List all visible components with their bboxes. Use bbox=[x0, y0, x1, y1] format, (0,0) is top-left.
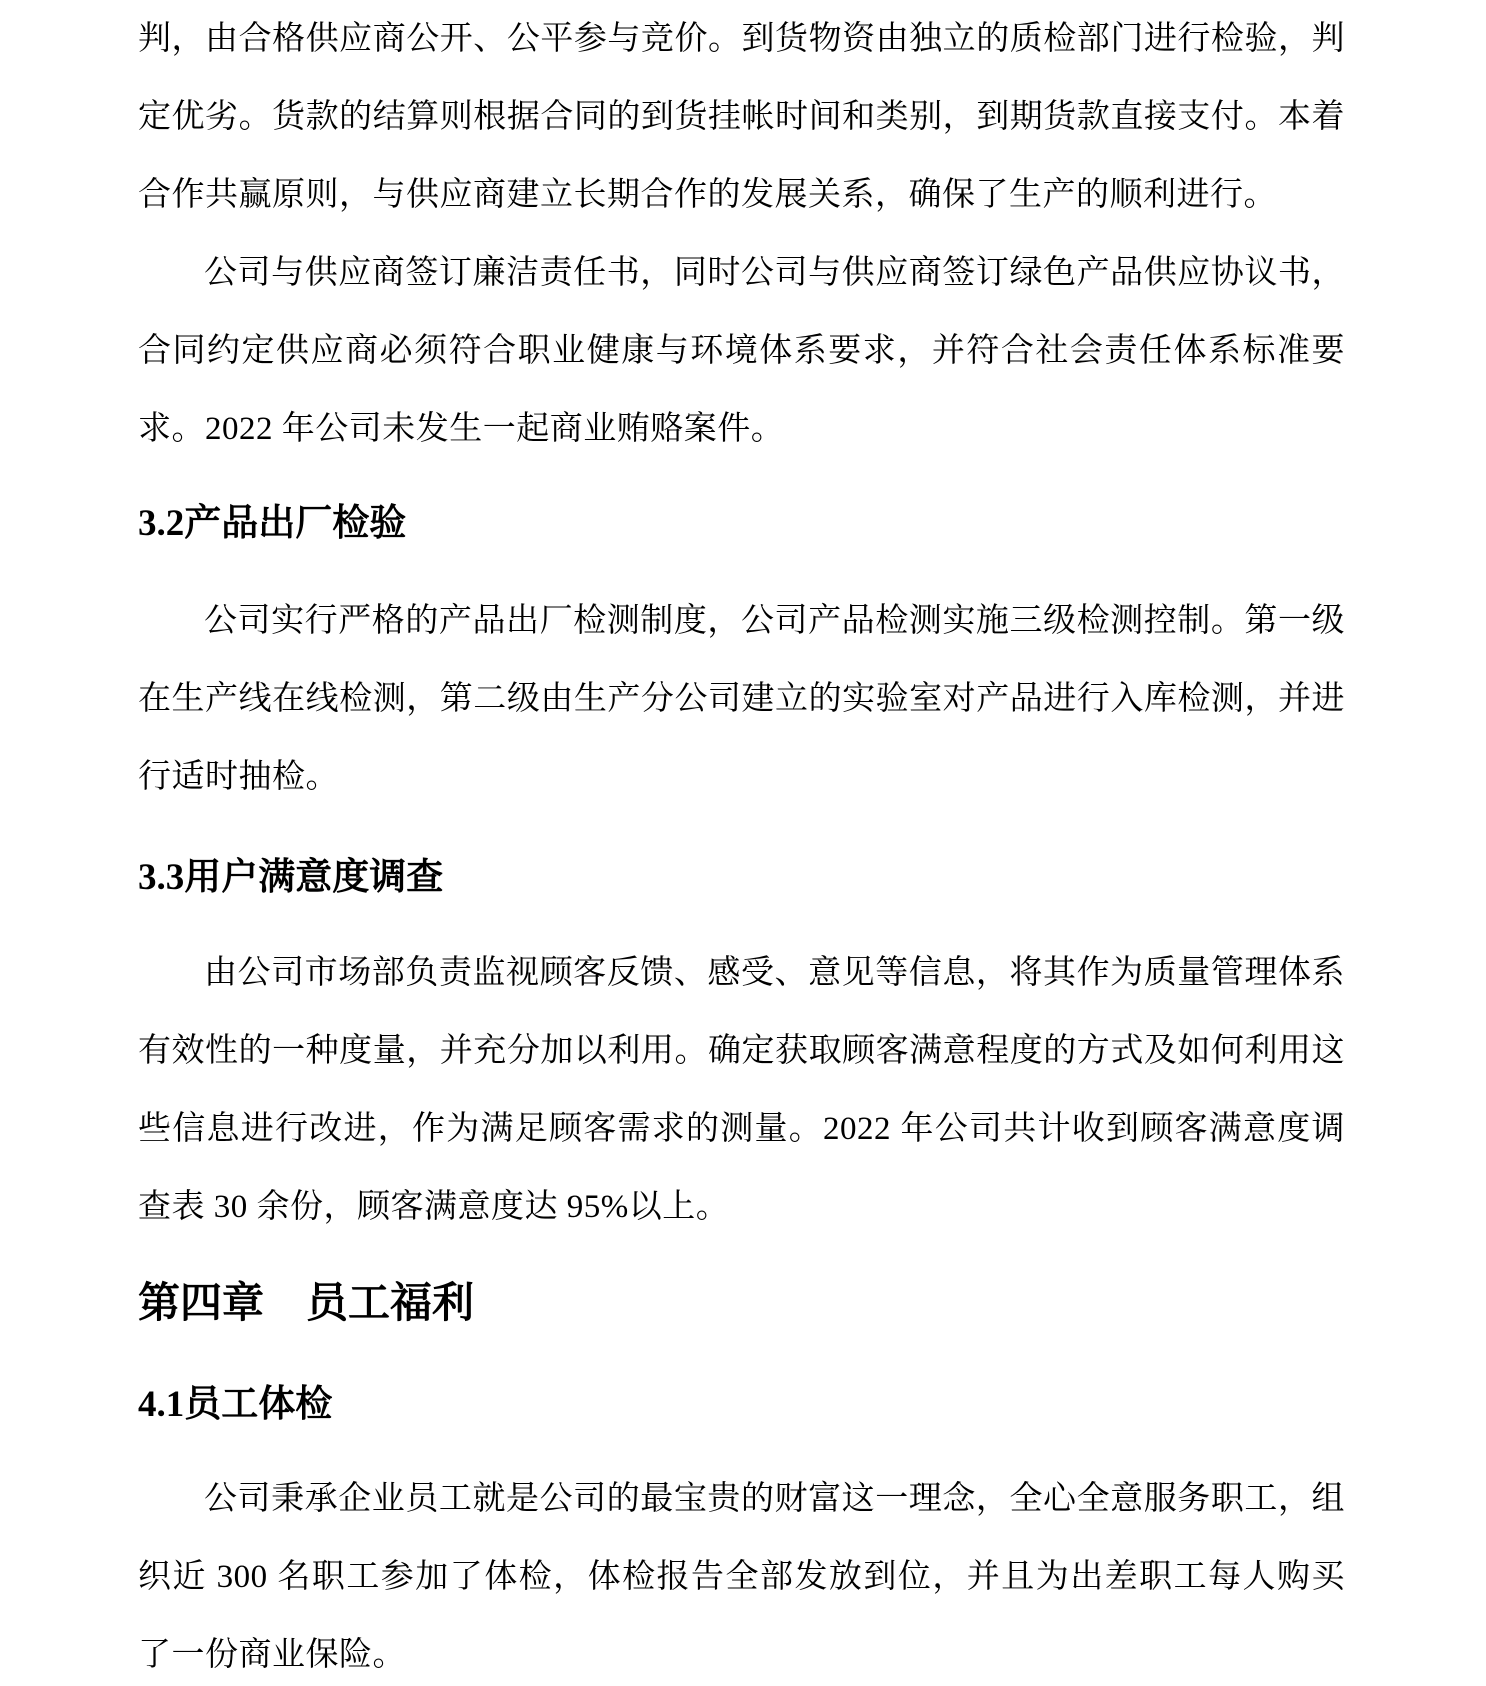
paragraph-supplier-integrity-agreement: 公司与供应商签订廉洁责任书，同时公司与供应商签订绿色产品供应协议书，合同约定供应… bbox=[138, 234, 1345, 468]
paragraph-employee-checkup-insurance: 公司秉承企业员工就是公司的最宝贵的财富这一理念，全心全意服务职工，组织近 300… bbox=[138, 1460, 1345, 1686]
heading-3-2-product-factory-inspection: 3.2产品出厂检验 bbox=[138, 500, 1345, 548]
paragraph-customer-feedback-monitoring: 由公司市场部负责监视顾客反馈、感受、意见等信息，将其作为质量管理体系有效性的一种… bbox=[138, 934, 1345, 1246]
heading-3-3-customer-satisfaction-survey: 3.3用户满意度调查 bbox=[138, 854, 1345, 902]
paragraph-three-level-inspection: 公司实行严格的产品出厂检测制度，公司产品检测实施三级检测控制。第一级在生产线在线… bbox=[138, 582, 1345, 816]
paragraph-supplier-bidding-continued: 判，由合格供应商公开、公平参与竞价。到货物资由独立的质检部门进行检验，判定优劣。… bbox=[138, 0, 1345, 234]
document-page: 判，由合格供应商公开、公平参与竞价。到货物资由独立的质检部门进行检验，判定优劣。… bbox=[0, 0, 1486, 1686]
heading-chapter-4-employee-welfare: 第四章 员工福利 bbox=[138, 1277, 1345, 1332]
heading-4-1-employee-physical-exam: 4.1员工体检 bbox=[138, 1381, 1345, 1429]
